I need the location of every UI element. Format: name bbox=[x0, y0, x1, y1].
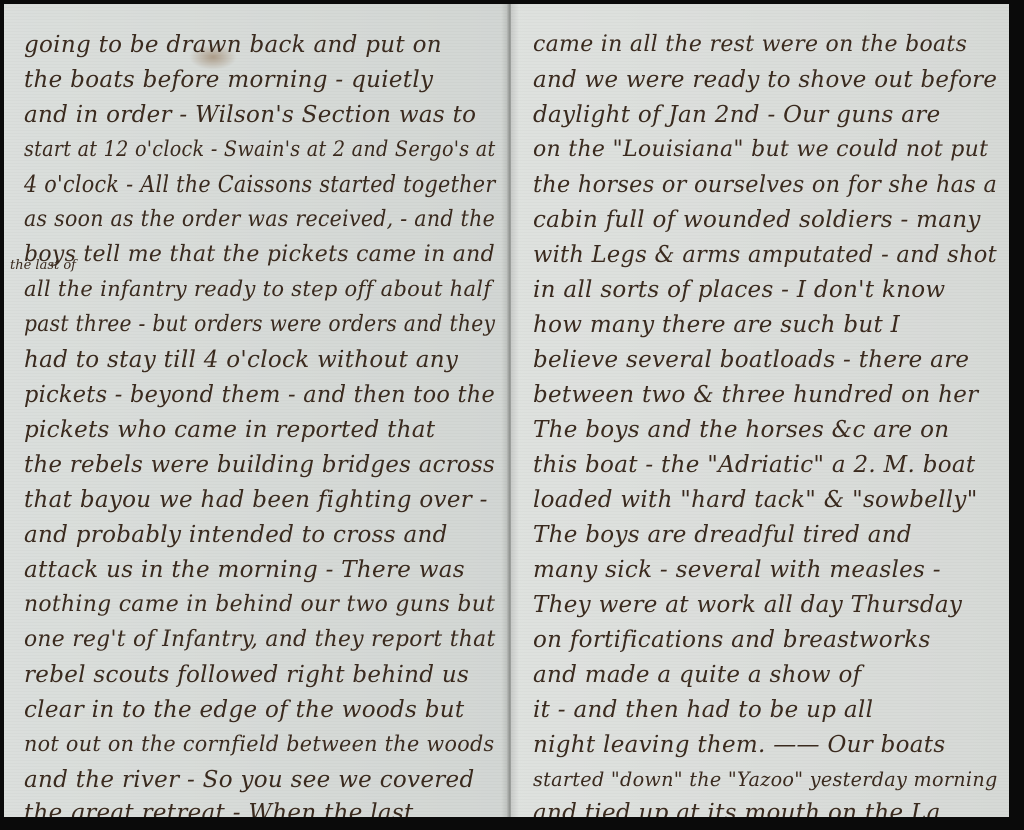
handwritten-line: one reg't of Infantry, and they report t… bbox=[24, 627, 496, 652]
handwritten-line: with Legs & arms amputated - and shot bbox=[533, 242, 997, 268]
handwritten-line: started "down" the "Yazoo" yesterday mor… bbox=[533, 767, 998, 791]
handwritten-line: They were at work all day Thursday bbox=[533, 592, 962, 618]
handwritten-line: the horses or ourselves on for she has a bbox=[533, 172, 997, 198]
handwritten-line: pickets who came in reported that bbox=[24, 417, 435, 443]
handwritten-line: nothing came in behind our two guns but bbox=[24, 592, 495, 617]
handwritten-line: came in all the rest were on the boats bbox=[533, 32, 967, 57]
handwritten-line: on fortifications and breastworks bbox=[533, 627, 931, 653]
handwritten-line: in all sorts of places - I don't know bbox=[533, 277, 945, 303]
handwritten-line: and we were ready to shove out before bbox=[533, 67, 997, 93]
handwritten-line: past three - but orders were orders and … bbox=[24, 312, 495, 337]
handwritten-line: going to be drawn back and put on bbox=[24, 32, 442, 58]
handwritten-line: on the "Louisiana" but we could not put bbox=[533, 137, 988, 162]
left-page: going to be drawn back and put on the bo… bbox=[4, 4, 509, 817]
handwritten-line: The boys are dreadful tired and bbox=[533, 522, 912, 548]
handwritten-line: and probably intended to cross and bbox=[24, 522, 448, 548]
handwritten-line: how many there are such but I bbox=[533, 312, 900, 338]
scanned-letter-spread: going to be drawn back and put on the bo… bbox=[0, 0, 1024, 830]
handwritten-line: the boats before morning - quietly bbox=[24, 67, 433, 93]
handwritten-line: had to stay till 4 o'clock without any bbox=[24, 347, 458, 373]
handwritten-line: as soon as the order was received, - and… bbox=[24, 207, 495, 232]
handwritten-line: between two & three hundred on her bbox=[533, 382, 978, 408]
handwritten-line: night leaving them. —— Our boats bbox=[533, 732, 945, 758]
handwritten-line: start at 12 o'clock - Swain's at 2 and S… bbox=[24, 137, 495, 161]
handwritten-line: and the river - So you see we covered bbox=[24, 767, 474, 793]
handwritten-line: and tied up at its mouth on the La bbox=[533, 800, 941, 817]
handwritten-line: clear in to the edge of the woods but bbox=[24, 697, 464, 723]
handwritten-line: the rebels were building bridges across bbox=[24, 452, 495, 478]
handwritten-line: and made a quite a show of bbox=[533, 662, 861, 688]
handwritten-line: 4 o'clock - All the Caissons started tog… bbox=[24, 172, 495, 198]
handwritten-line: it - and then had to be up all bbox=[533, 697, 873, 723]
handwritten-line: rebel scouts followed right behind us bbox=[24, 662, 469, 688]
handwritten-line: attack us in the morning - There was bbox=[24, 557, 465, 583]
handwritten-line: all the infantry ready to step off about… bbox=[24, 277, 491, 301]
handwritten-line: daylight of Jan 2nd - Our guns are bbox=[533, 102, 940, 128]
handwritten-line: not out on the cornfield between the woo… bbox=[24, 732, 494, 756]
handwritten-line: the great retreat - When the last bbox=[24, 800, 414, 817]
left-page-text: going to be drawn back and put on the bo… bbox=[4, 4, 509, 817]
interlinear-insertion: the last of bbox=[10, 258, 76, 273]
handwritten-line: loaded with "hard tack" & "sowbelly" bbox=[533, 487, 978, 513]
handwritten-line: many sick - several with measles - bbox=[533, 557, 941, 583]
handwritten-line: believe several boatloads - there are bbox=[533, 347, 969, 373]
handwritten-line: and in order - Wilson's Section was to bbox=[24, 102, 476, 128]
right-page-text: came in all the rest were on the boats a… bbox=[511, 4, 1009, 817]
handwritten-line: boys tell me that the pickets came in an… bbox=[24, 242, 495, 267]
handwritten-line: this boat - the "Adriatic" a 2. M. boat bbox=[533, 452, 975, 478]
handwritten-line: pickets - beyond them - and then too the bbox=[24, 382, 495, 408]
handwritten-line: that bayou we had been fighting over - bbox=[24, 487, 488, 513]
handwritten-line: The boys and the horses &c are on bbox=[533, 417, 949, 443]
right-page: came in all the rest were on the boats a… bbox=[511, 4, 1009, 817]
handwritten-line: cabin full of wounded soldiers - many bbox=[533, 207, 981, 233]
